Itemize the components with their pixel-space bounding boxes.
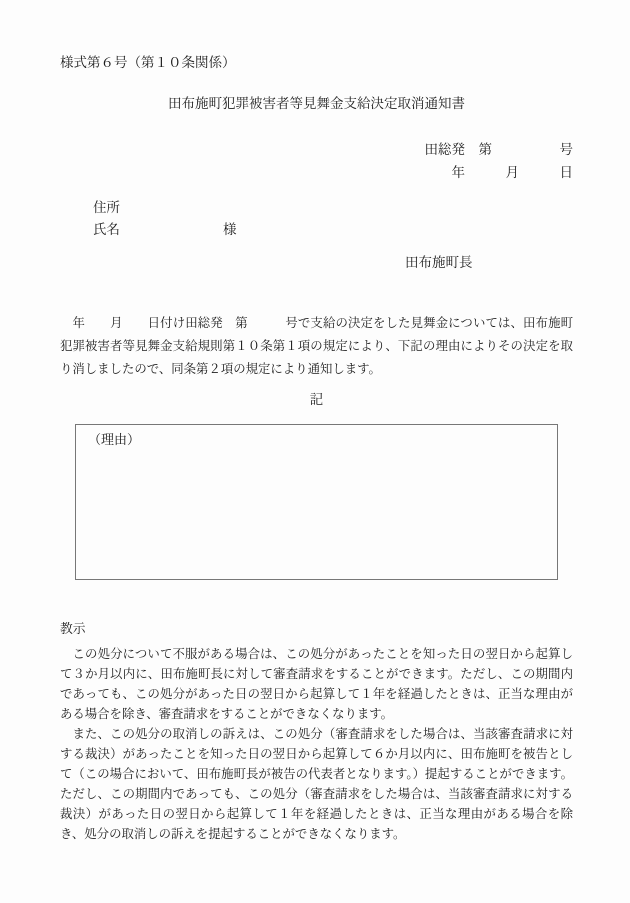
reference-number-line: 田総発 第 号 [60, 138, 573, 161]
document-title: 田布施町犯罪被害者等見舞金支給決定取消通知書 [60, 96, 573, 112]
kyoji-heading: 教示 [60, 621, 573, 637]
form-number: 様式第６号（第１０条関係） [60, 55, 573, 71]
ki-label: 記 [60, 392, 573, 408]
kyoji-paragraph-2: また、この処分の取消しの訴えは、この処分（審査請求をした場合は、当該審査請求に対… [60, 724, 573, 844]
notification-paragraph: 年 月 日付け田総発 第 号で支給の決定をした見舞金については、田布施町犯罪被害… [60, 312, 573, 381]
reason-box: （理由） [75, 424, 558, 580]
recipient-name-row: 氏名様 [93, 219, 573, 241]
document-page: 様式第６号（第１０条関係） 田布施町犯罪被害者等見舞金支給決定取消通知書 田総発… [0, 0, 630, 903]
sender-title: 田布施町長 [405, 255, 573, 271]
kyoji-paragraph-1: この処分について不服がある場合は、この処分があったことを知った日の翌日から起算し… [60, 644, 573, 724]
name-label: 氏名 [93, 222, 120, 237]
reason-label: （理由） [88, 432, 140, 447]
recipient-block: 住所 氏名様 [93, 197, 573, 241]
reference-block: 田総発 第 号 年 月 日 [60, 138, 573, 184]
recipient-address-row: 住所 [93, 197, 573, 219]
date-line: 年 月 日 [60, 161, 573, 184]
honorific-label: 様 [223, 222, 237, 237]
address-label: 住所 [93, 200, 120, 215]
